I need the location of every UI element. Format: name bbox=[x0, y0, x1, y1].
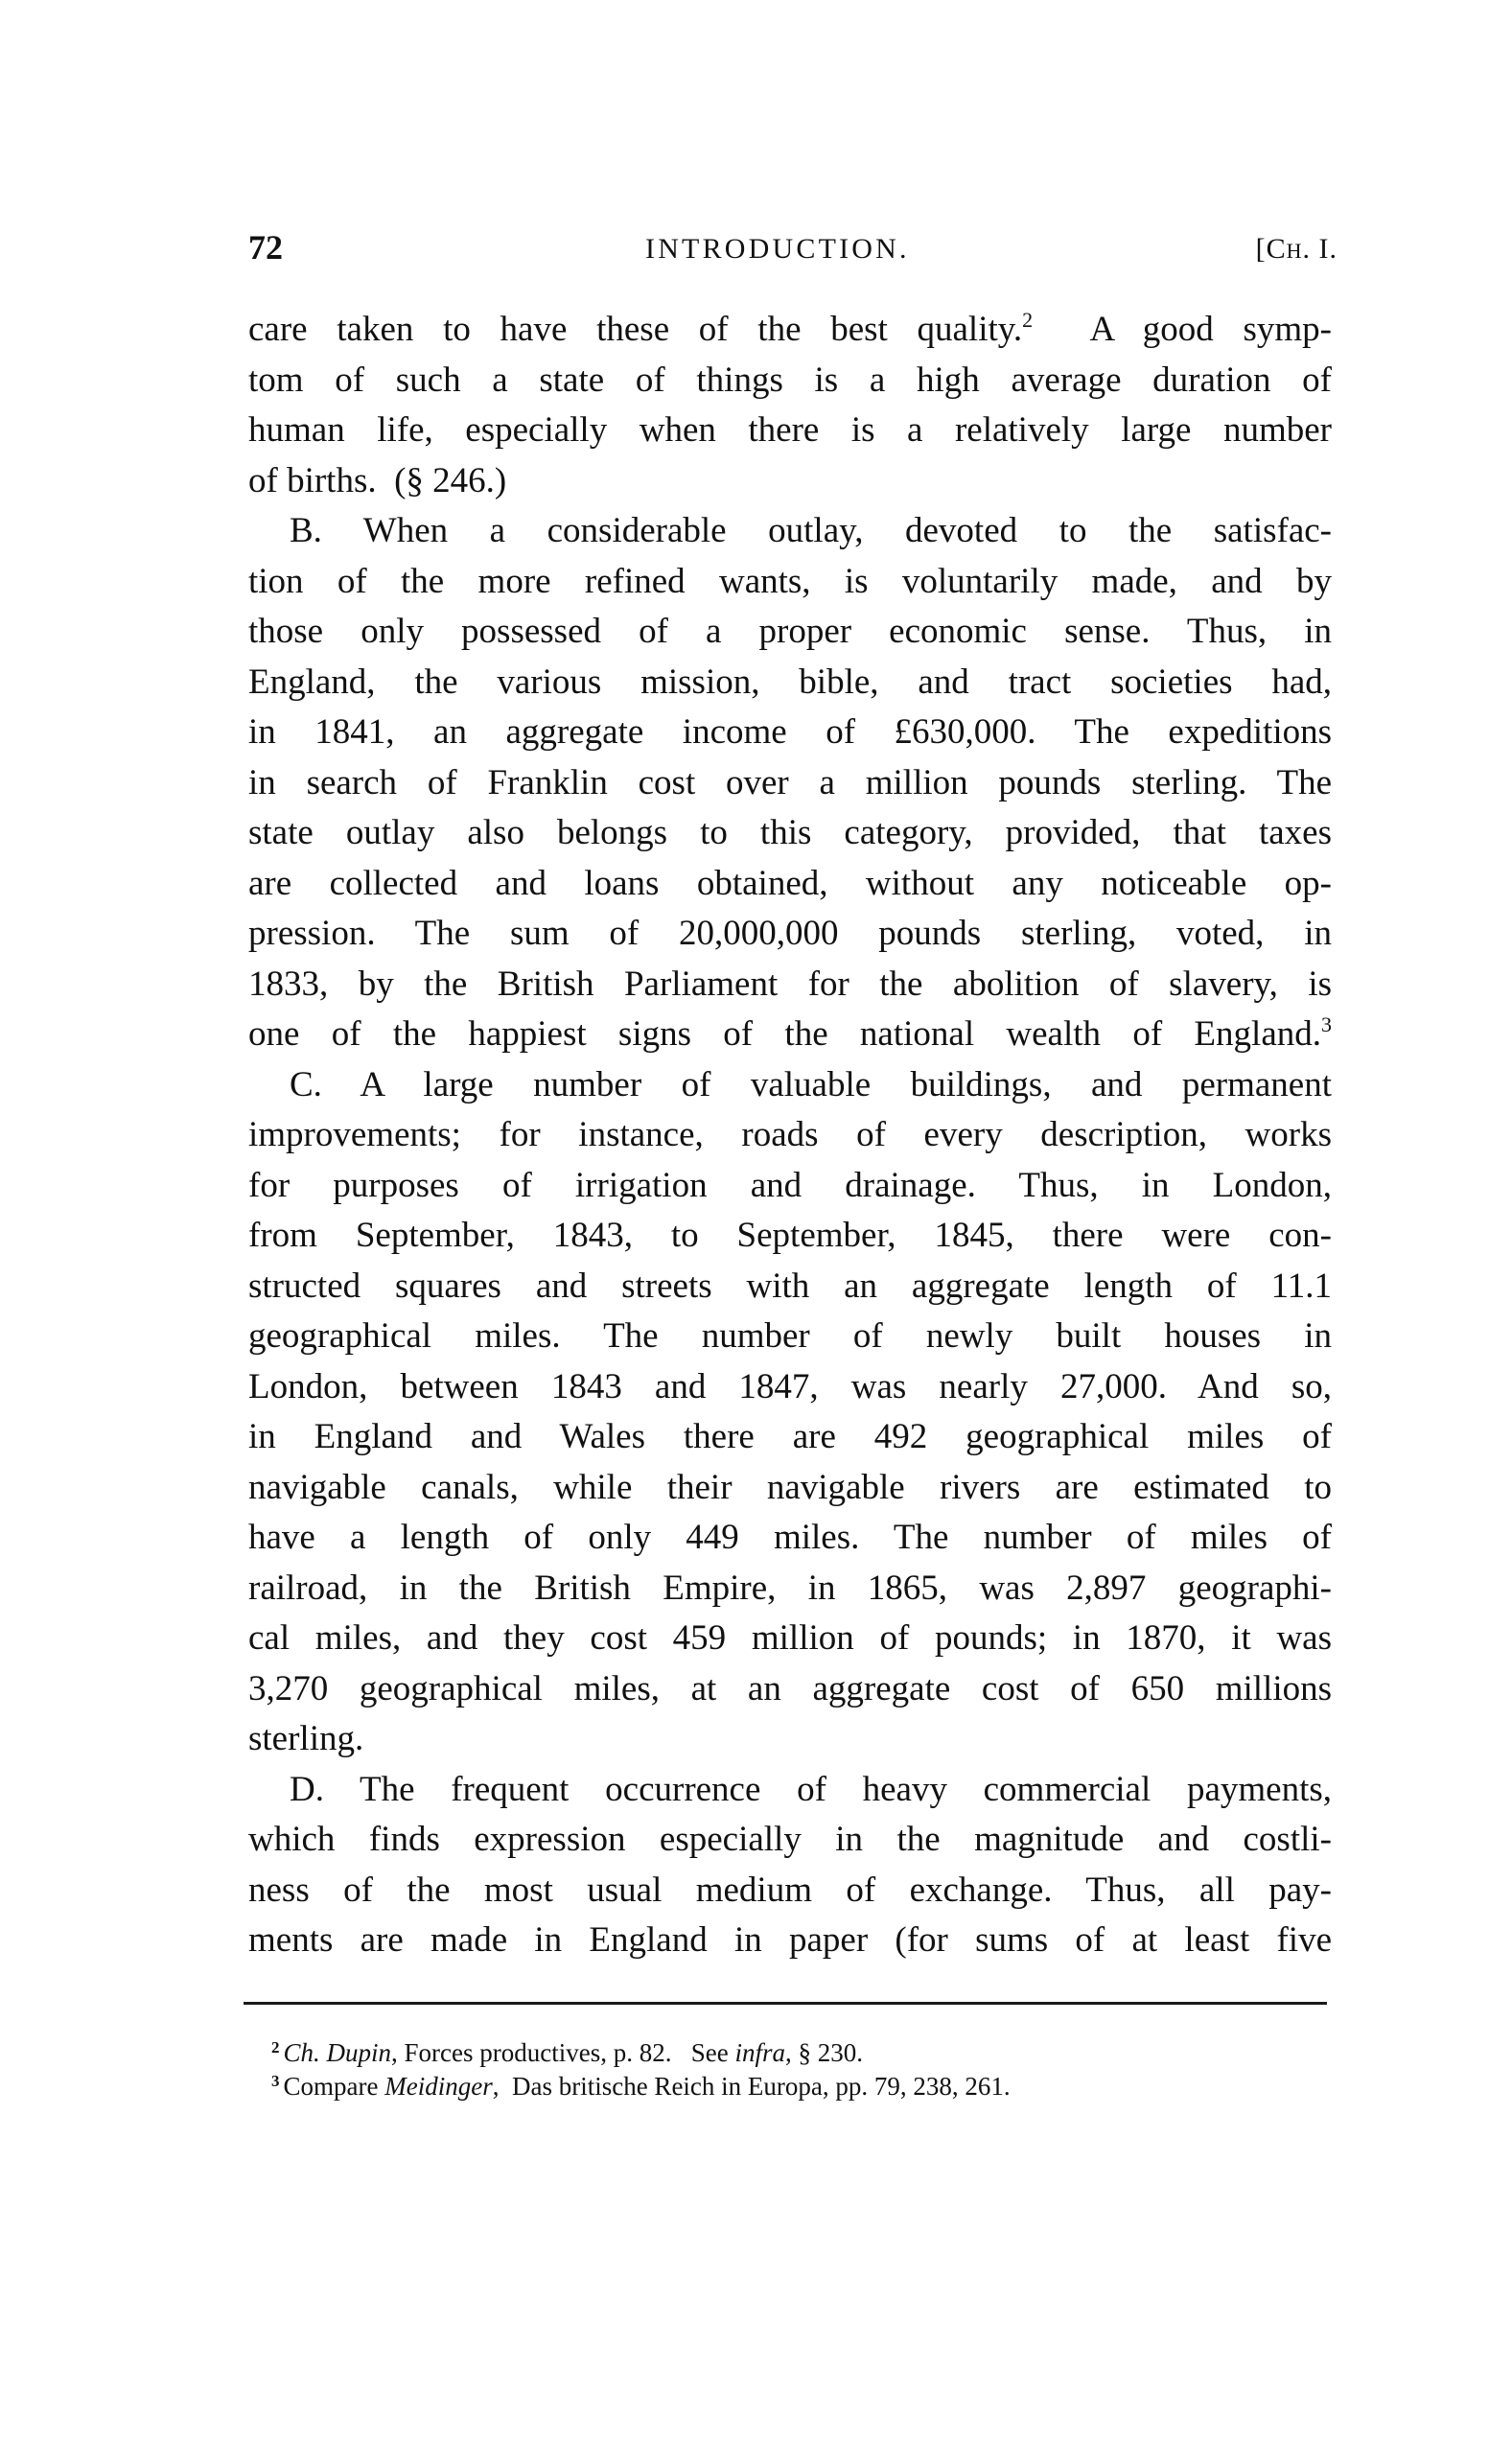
line-text: one of the happiest signs of the nationa… bbox=[248, 1014, 1321, 1054]
text-line: tom of such a state of things is a high … bbox=[248, 356, 1332, 407]
text-line: railroad, in the British Empire, in 1865… bbox=[248, 1564, 1332, 1615]
line-text-after: A good symp- bbox=[1033, 310, 1332, 349]
footnotes: 2Ch. Dupin, Forces productives, p. 82. S… bbox=[271, 2036, 1326, 2103]
body-text: care taken to have these of the best qua… bbox=[248, 305, 1332, 1966]
chapter-ref-prefix: [C bbox=[1256, 233, 1287, 265]
chapter-ref-smallcaps: H bbox=[1287, 239, 1303, 263]
text-line: which finds expression especially in the… bbox=[248, 1815, 1332, 1866]
footnote-marker: 2 bbox=[271, 2038, 280, 2056]
footnote-author: Ch. Dupin bbox=[284, 2038, 392, 2067]
text-line: care taken to have these of the best qua… bbox=[248, 305, 1332, 356]
text-line: England, the various mission, bible, and… bbox=[248, 658, 1332, 709]
text-line: in search of Franklin cost over a millio… bbox=[248, 758, 1332, 809]
text-line: tion of the more refined wants, is volun… bbox=[248, 557, 1332, 608]
text-line: one of the happiest signs of the nationa… bbox=[248, 1010, 1332, 1060]
text-line: from September, 1843, to September, 1845… bbox=[248, 1211, 1332, 1262]
text-line: pression. The sum of 20,000,000 pounds s… bbox=[248, 909, 1332, 960]
text-line: London, between 1843 and 1847, was nearl… bbox=[248, 1362, 1332, 1413]
footnote-3: 3Compare Meidinger, Das britische Reich … bbox=[271, 2070, 1326, 2103]
paragraph-b-start: B. When a considerable outlay, devoted t… bbox=[248, 506, 1332, 557]
paragraph-d-start: D. The frequent occurrence of heavy comm… bbox=[248, 1765, 1332, 1816]
footnote-ref-2: 2 bbox=[1022, 308, 1033, 332]
footnote-text: , Forces productives, p. 82. See bbox=[391, 2038, 734, 2067]
text-line: in 1841, an aggregate income of £630,000… bbox=[248, 708, 1332, 758]
text-line: structed squares and streets with an agg… bbox=[248, 1262, 1332, 1313]
page-number: 72 bbox=[248, 228, 283, 267]
running-head: 72 INTRODUCTION. [CH. I. bbox=[248, 228, 1338, 267]
footnote-marker: 3 bbox=[271, 2072, 280, 2090]
footnote-divider bbox=[244, 2002, 1327, 2005]
text-line: geographical miles. The number of newly … bbox=[248, 1312, 1332, 1362]
footnote-ref-3: 3 bbox=[1321, 1012, 1332, 1036]
running-head-title: INTRODUCTION. bbox=[645, 230, 910, 268]
footnote-text: , § 230. bbox=[785, 2038, 863, 2067]
text-line: ness of the most usual medium of exchang… bbox=[248, 1866, 1332, 1917]
line-text: care taken to have these of the best qua… bbox=[248, 310, 1022, 349]
text-line: cal miles, and they cost 459 million of … bbox=[248, 1614, 1332, 1664]
text-line: for purposes of irrigation and drainage.… bbox=[248, 1161, 1332, 1212]
text-line: state outlay also belongs to this catego… bbox=[248, 808, 1332, 859]
footnote-2: 2Ch. Dupin, Forces productives, p. 82. S… bbox=[271, 2036, 1326, 2070]
text-line: have a length of only 449 miles. The num… bbox=[248, 1513, 1332, 1564]
book-page: 72 INTRODUCTION. [CH. I. care taken to h… bbox=[0, 0, 1512, 2463]
chapter-reference: [CH. I. bbox=[1256, 230, 1338, 270]
text-line: of births. (§ 246.) bbox=[248, 456, 1332, 507]
text-line: sterling. bbox=[248, 1714, 1332, 1765]
text-line: those only possessed of a proper economi… bbox=[248, 607, 1332, 658]
text-line: human life, especially when there is a r… bbox=[248, 406, 1332, 456]
text-line: 3,270 geographical miles, at an aggregat… bbox=[248, 1664, 1332, 1715]
footnote-text: Compare bbox=[284, 2072, 385, 2101]
text-line: 1833, by the British Parliament for the … bbox=[248, 960, 1332, 1011]
footnote-text: , Das britische Reich in Europa, pp. 79,… bbox=[493, 2072, 1011, 2101]
text-line: ments are made in England in paper (for … bbox=[248, 1916, 1332, 1966]
chapter-ref-suffix: . I. bbox=[1303, 233, 1338, 265]
footnote-author: Meidinger bbox=[384, 2072, 492, 2101]
footnote-italic: infra bbox=[734, 2038, 785, 2067]
text-line: in England and Wales there are 492 geogr… bbox=[248, 1412, 1332, 1463]
text-line: are collected and loans obtained, withou… bbox=[248, 859, 1332, 910]
text-line: improvements; for instance, roads of eve… bbox=[248, 1110, 1332, 1161]
paragraph-c-start: C. A large number of valuable buildings,… bbox=[248, 1060, 1332, 1111]
text-line: navigable canals, while their navigable … bbox=[248, 1463, 1332, 1514]
